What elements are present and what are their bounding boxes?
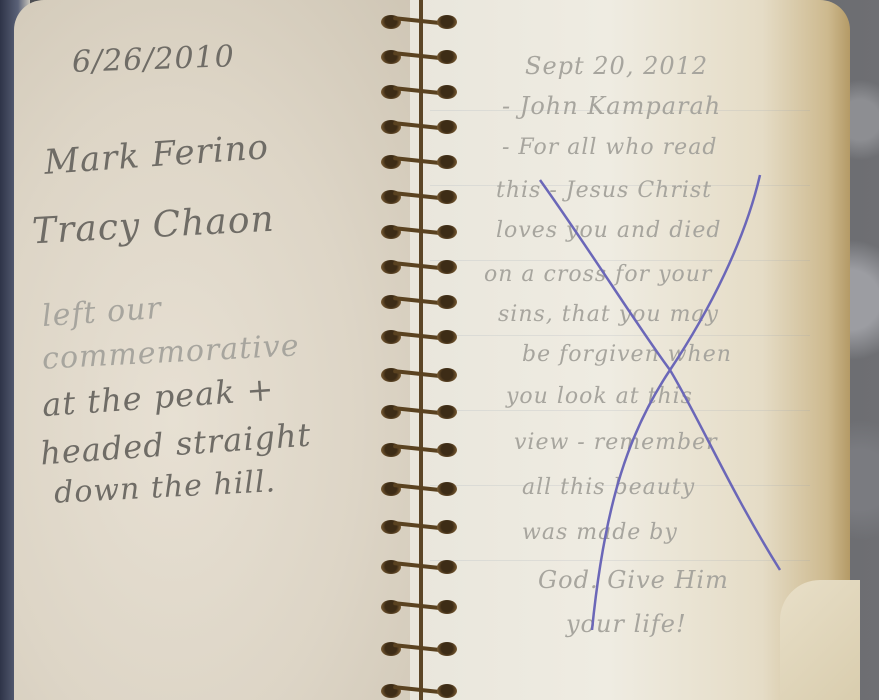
entry-date: Sept 20, 2012	[525, 52, 708, 80]
left-page: 6/26/2010 Mark Ferino Tracy Chaon left o…	[14, 0, 414, 700]
entry-line: - John Kamparah	[502, 92, 721, 120]
entry-note-line: down the hill.	[53, 464, 277, 511]
spiral-binding	[375, 0, 470, 700]
entry-note-line: at the peak +	[41, 370, 276, 424]
entry-date: 6/26/2010	[71, 39, 235, 80]
blue-x-crossout-mark	[530, 160, 800, 630]
entry-line: - For all who read	[502, 135, 717, 160]
entry-note-line: left our	[41, 291, 163, 334]
entry-name: Tracy Chaon	[31, 199, 276, 253]
entry-note-line: commemorative	[41, 328, 300, 376]
entry-name: Mark Ferino	[43, 127, 270, 183]
